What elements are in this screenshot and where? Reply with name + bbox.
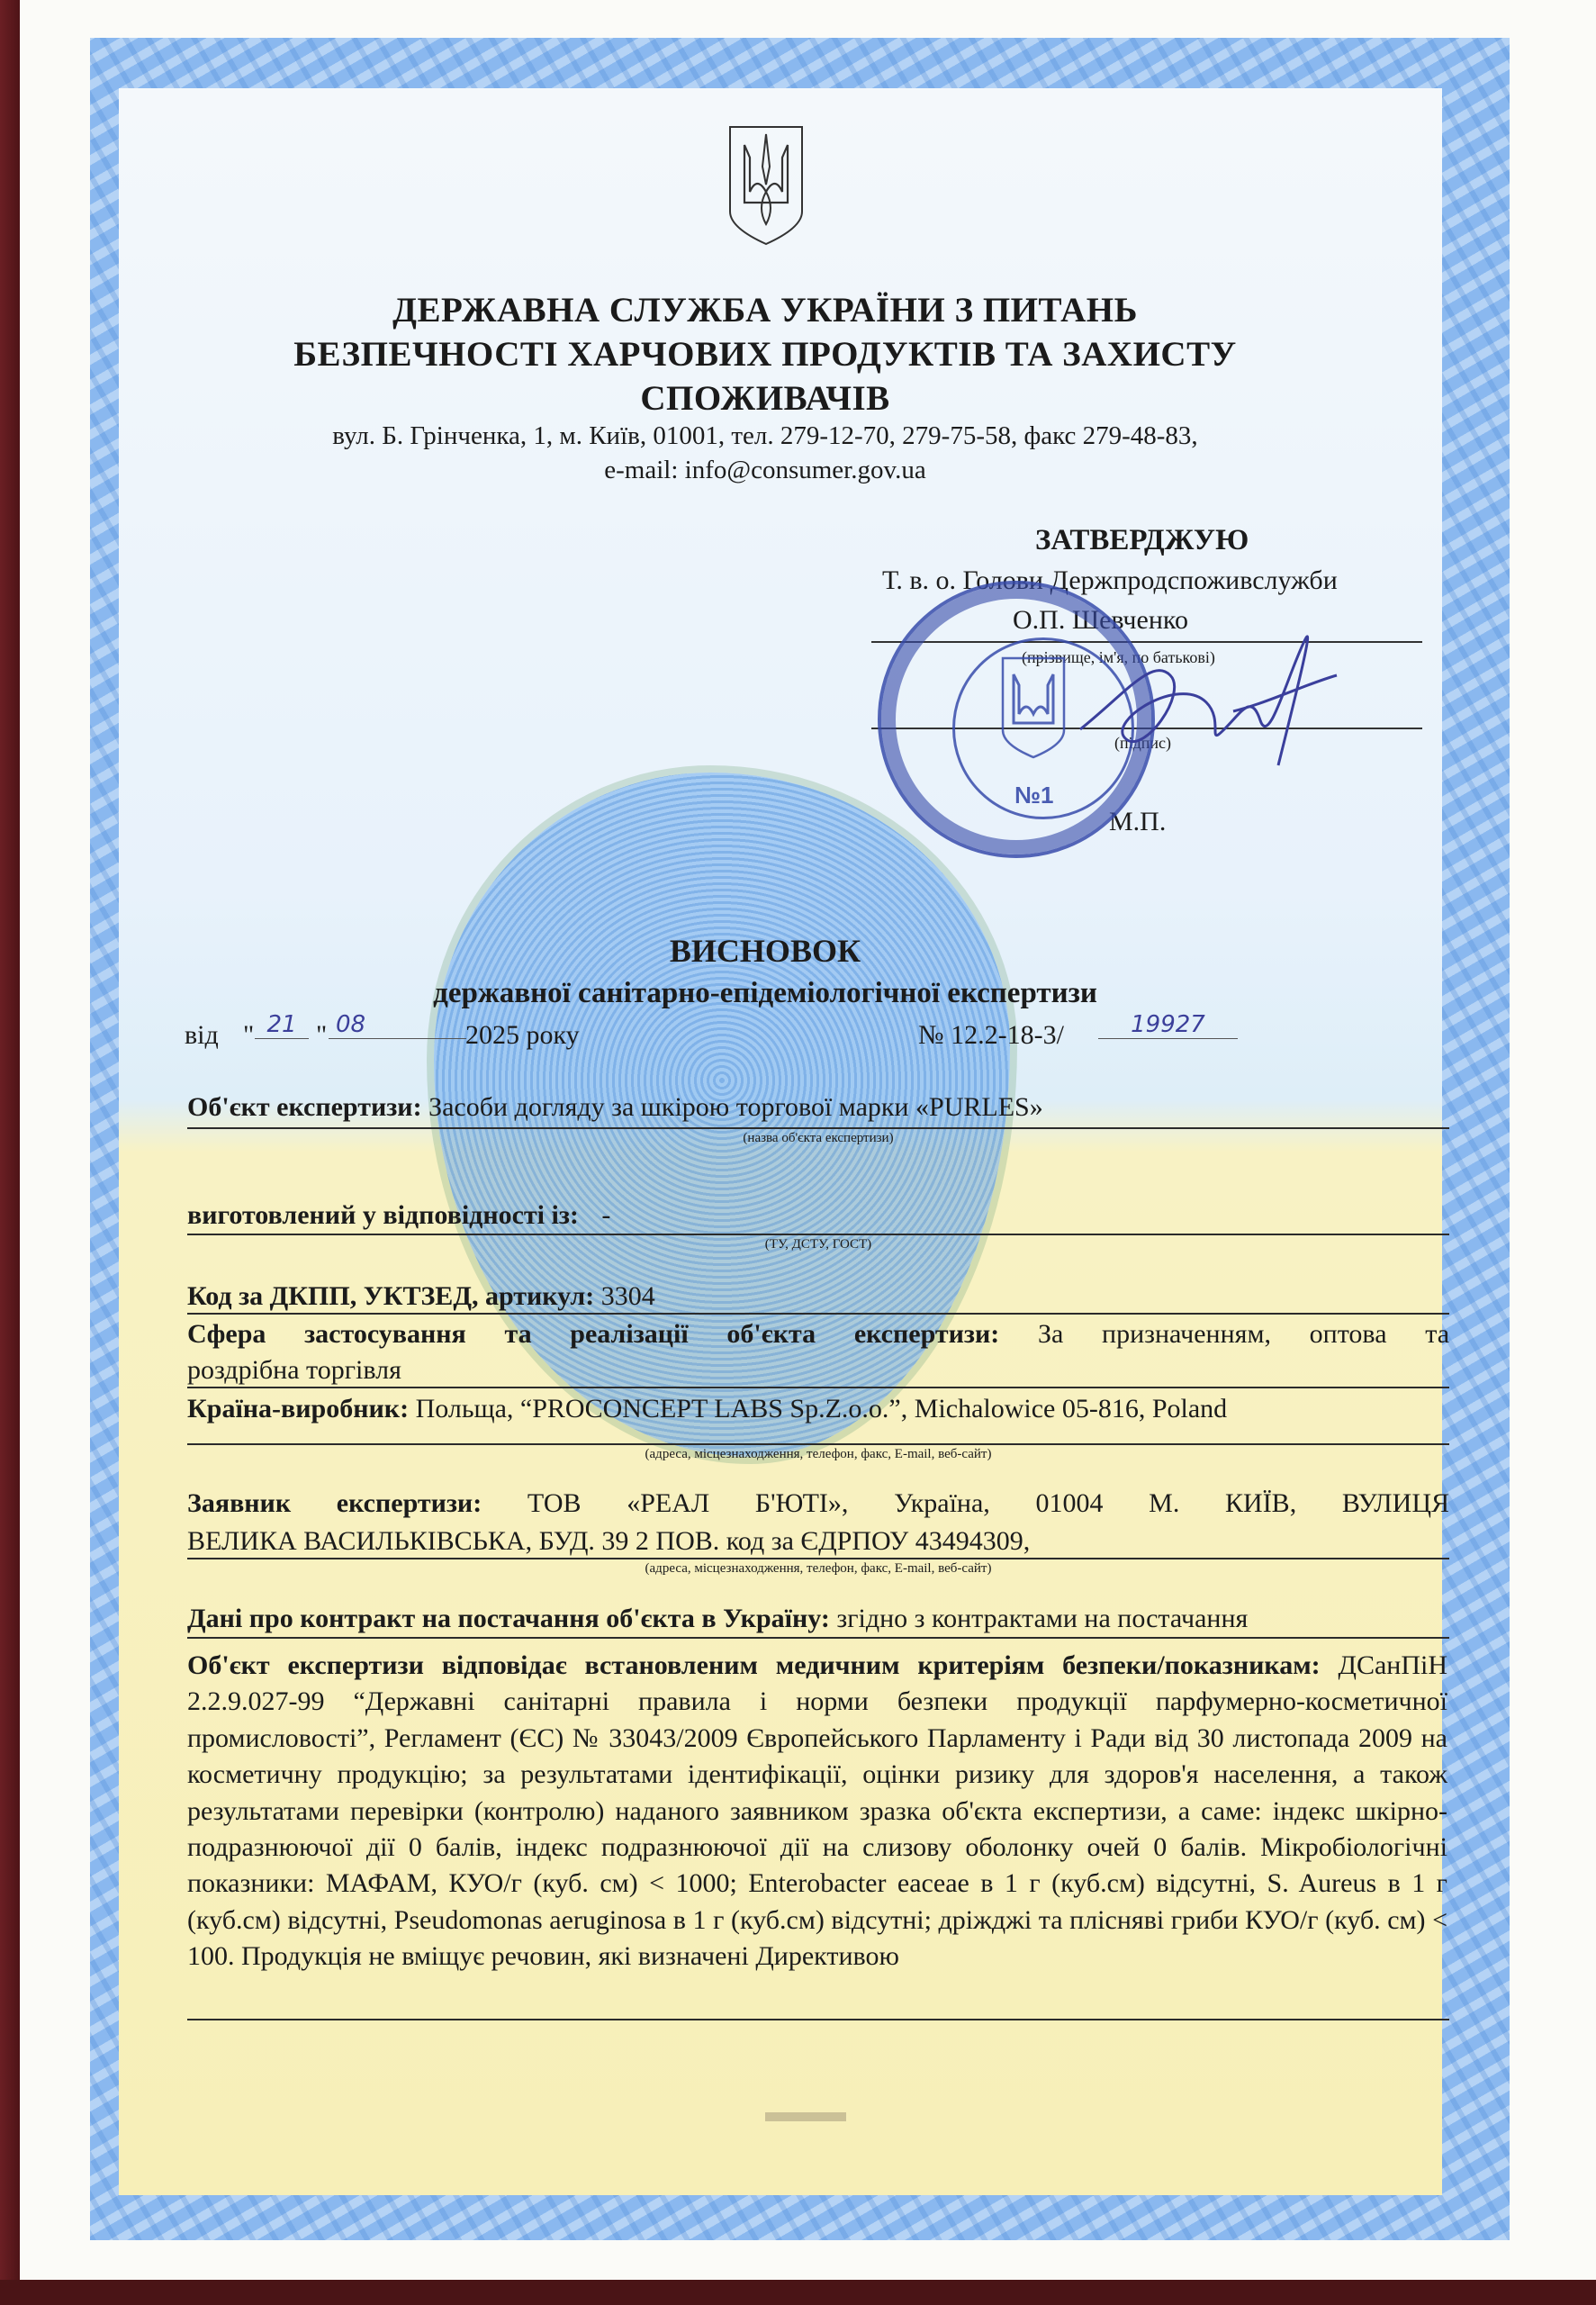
organization-contacts: вул. Б. Грінченка, 1, м. Київ, 01001, те… [180, 419, 1350, 487]
country-rule [187, 1443, 1449, 1445]
folder-cover-bottom [0, 2280, 1596, 2305]
stamp-number: №1 [1014, 782, 1053, 809]
object-value: Засоби догляду за шкірою торгової марки … [428, 1092, 1043, 1122]
scope-label: Сфера застосування та реалізації об'єкта… [187, 1319, 999, 1349]
field-manufactured: виготовлений у відповідності із: - [187, 1198, 1449, 1234]
organization-address: вул. Б. Грінченка, 1, м. Київ, 01001, те… [180, 419, 1350, 453]
field-country: Країна-виробник: Польща, “PROCONCEPT LAB… [187, 1391, 1449, 1427]
scope-value-line2: роздрібна торгівля [187, 1355, 401, 1385]
document-subtitle: державної санітарно-епідеміологічної екс… [180, 977, 1350, 1010]
date-day: 21 [255, 1011, 309, 1039]
conclusion-lead: Об'єкт експертизи відповідає встановлени… [187, 1650, 1321, 1680]
object-label: Об'єкт експертизи: [187, 1092, 422, 1122]
country-caption: (адреса, місцезнаходження, телефон, факс… [187, 1447, 1449, 1462]
manufactured-caption: (ТУ, ДСТУ, ГОСТ) [187, 1237, 1449, 1252]
field-object: Об'єкт експертизи: Засоби догляду за шкі… [187, 1089, 1449, 1125]
date-prefix: від [185, 1020, 219, 1051]
organization-email: e-mail: info@consumer.gov.ua [180, 453, 1350, 487]
code-rule [187, 1313, 1449, 1315]
country-value: Польща, “PROCONCEPT LABS Sp.Z.o.o.”, Mic… [416, 1394, 1228, 1424]
field-applicant-continued: ВЕЛИКА ВАСИЛЬКІВСЬКА, БУД. 39 2 ПОВ. код… [187, 1523, 1449, 1559]
manufactured-label: виготовлений у відповідності із: [187, 1200, 579, 1230]
organization-line: ДЕРЖАВНА СЛУЖБА УКРАЇНИ З ПИТАНЬ [180, 288, 1350, 332]
scope-value-line1: За призначенням, оптова та [1038, 1319, 1449, 1349]
applicant-label: Заявник експертизи: [187, 1488, 482, 1518]
organization-line: БЕЗПЕЧНОСТІ ХАРЧОВИХ ПРОДУКТІВ ТА ЗАХИСТ… [180, 332, 1350, 376]
stamp-trident-icon [997, 653, 1069, 761]
manufactured-rule [187, 1234, 1449, 1235]
country-label: Країна-виробник: [187, 1394, 409, 1424]
quote-mark: " [243, 1020, 254, 1051]
date-year: 2025 року [465, 1020, 580, 1051]
organization-line: СПОЖИВАЧІВ [180, 376, 1350, 420]
approver-position: Т. в. о. Голови Держпродспоживслужби [882, 565, 1338, 596]
trident-coat-of-arms-icon [725, 122, 807, 248]
document-number: 19927 [1098, 1011, 1238, 1039]
contract-label: Дані про контракт на постачання об'єкта … [187, 1604, 830, 1633]
object-rule [187, 1127, 1449, 1129]
code-value: 3304 [601, 1281, 655, 1311]
folder-cover-edge [0, 0, 20, 2305]
field-contract: Дані про контракт на постачання об'єкта … [187, 1601, 1449, 1637]
approval-heading: ЗАТВЕРДЖУЮ [1035, 524, 1249, 557]
manufactured-value: - [601, 1200, 610, 1230]
field-scope-continued: роздрібна торгівля [187, 1352, 1449, 1388]
conclusion-rule [187, 2019, 1449, 2020]
date-month: 08 [329, 1011, 466, 1039]
quote-mark: " [316, 1020, 327, 1051]
code-label: Код за ДКПП, УКТЗЕД, артикул: [187, 1281, 594, 1311]
field-code: Код за ДКПП, УКТЗЕД, артикул: 3304 [187, 1279, 1449, 1315]
applicant-rule [187, 1558, 1449, 1559]
applicant-caption: (адреса, місцезнаходження, телефон, факс… [187, 1561, 1449, 1577]
applicant-value-line1: ТОВ «РЕАЛ Б'ЮТІ», Україна, 01004 М. КИЇВ… [527, 1488, 1449, 1518]
document-title: ВИСНОВОК [180, 932, 1350, 970]
contract-value: згідно з контрактами на постачання [836, 1604, 1248, 1633]
conclusion-paragraph: Об'єкт експертизи відповідає встановлени… [187, 1648, 1447, 1975]
contract-rule [187, 1637, 1449, 1639]
applicant-value-line2: ВЕЛИКА ВАСИЛЬКІВСЬКА, БУД. 39 2 ПОВ. код… [187, 1526, 1030, 1556]
handwritten-signature [1071, 621, 1341, 783]
page-mark [765, 2112, 846, 2121]
document-number-prefix: № 12.2-18-3/ [918, 1020, 1064, 1051]
field-scope: Сфера застосування та реалізації об'єкта… [187, 1316, 1449, 1352]
scope-rule [187, 1387, 1449, 1388]
object-caption: (назва об'єкта експертизи) [187, 1131, 1449, 1146]
field-applicant: Заявник експертизи: ТОВ «РЕАЛ Б'ЮТІ», Ук… [187, 1486, 1449, 1522]
organization-name: ДЕРЖАВНА СЛУЖБА УКРАЇНИ З ПИТАНЬ БЕЗПЕЧН… [180, 288, 1350, 420]
conclusion-text: ДСанПіН 2.2.9.027-99 “Державні санітарні… [187, 1650, 1447, 1971]
